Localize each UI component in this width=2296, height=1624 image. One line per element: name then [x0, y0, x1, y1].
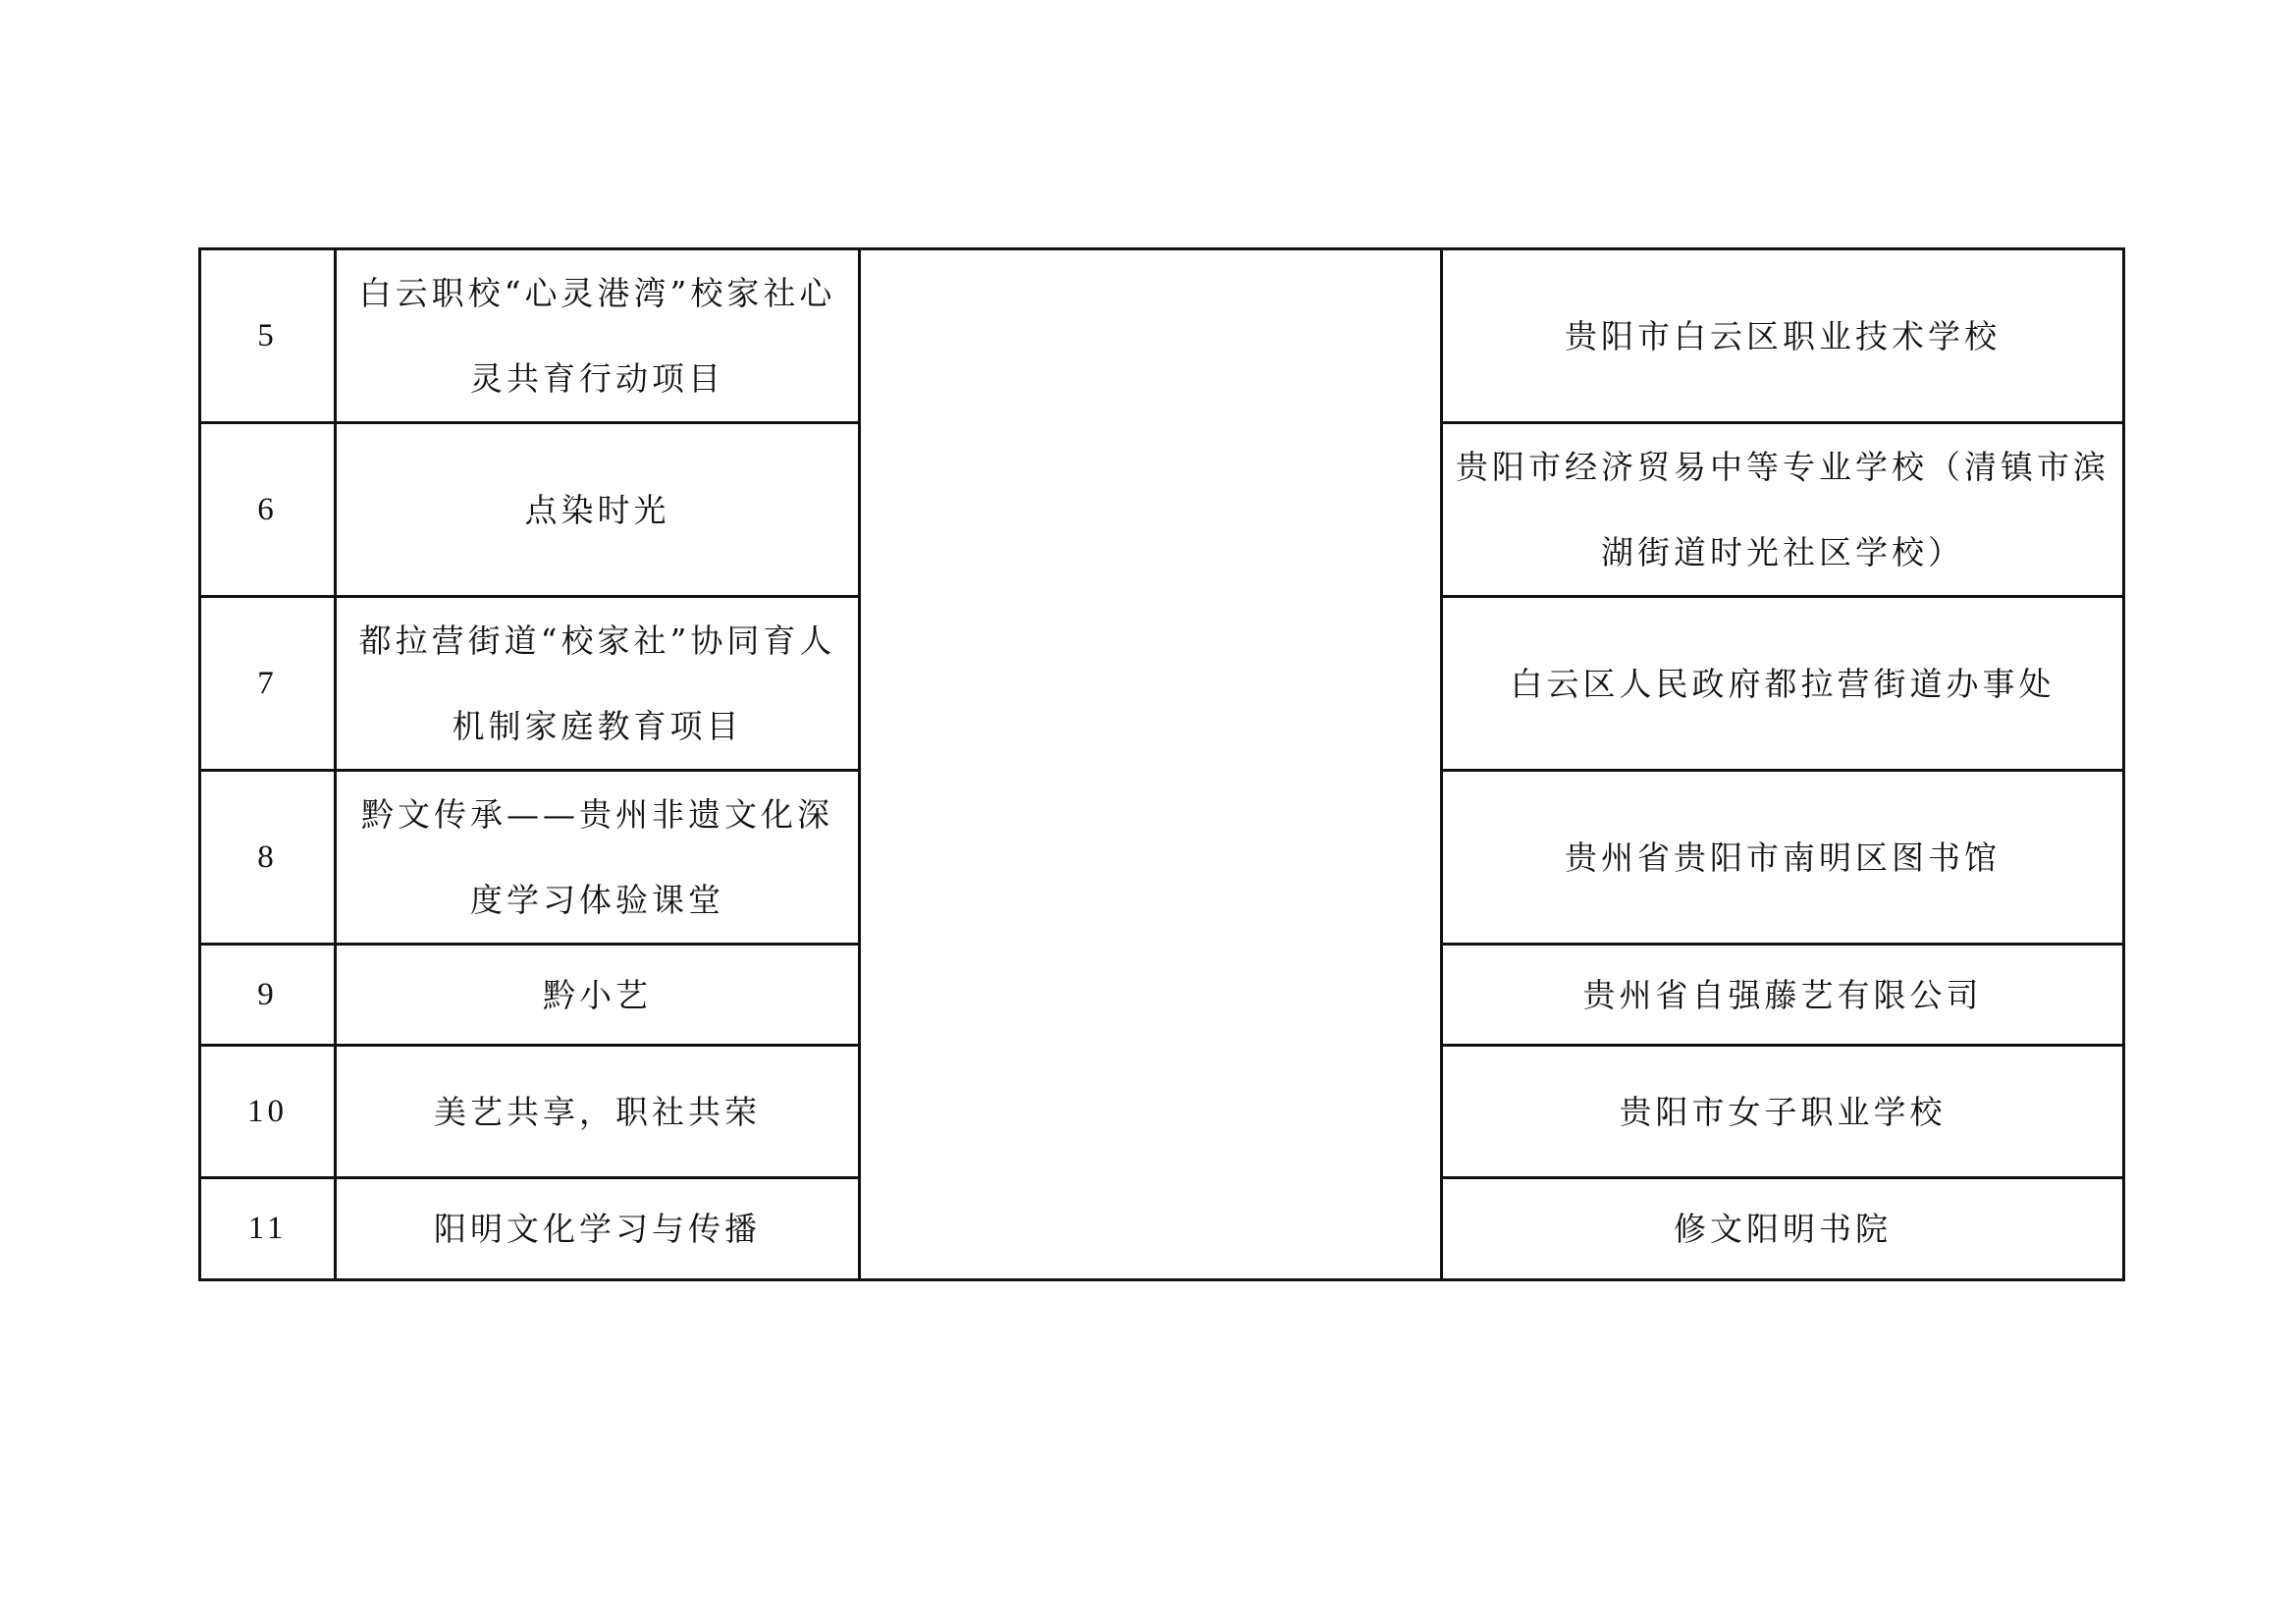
project-name: 白云职校“心灵港湾”校家社心灵共育行动项目 [336, 249, 860, 423]
organization-name: 贵阳市女子职业学校 [1442, 1046, 2124, 1178]
row-number: 11 [200, 1178, 336, 1280]
project-name: 黔文传承——贵州非遗文化深度学习体验课堂 [336, 771, 860, 945]
project-name: 都拉营街道“校家社”协同育人机制家庭教育项目 [336, 597, 860, 771]
organization-name: 贵州省贵阳市南明区图书馆 [1442, 771, 2124, 945]
row-number: 8 [200, 771, 336, 945]
row-number: 7 [200, 597, 336, 771]
document-page: 5 白云职校“心灵港湾”校家社心灵共育行动项目 贵阳市白云区职业技术学校 6 点… [0, 0, 2296, 1624]
row-number: 5 [200, 249, 336, 423]
merged-empty-cell [860, 249, 1442, 1280]
project-name: 美艺共享，职社共荣 [336, 1046, 860, 1178]
organization-name: 贵州省自强藤艺有限公司 [1442, 945, 2124, 1046]
project-name: 黔小艺 [336, 945, 860, 1046]
table-row: 5 白云职校“心灵港湾”校家社心灵共育行动项目 贵阳市白云区职业技术学校 [200, 249, 2124, 423]
project-list-table: 5 白云职校“心灵港湾”校家社心灵共育行动项目 贵阳市白云区职业技术学校 6 点… [198, 247, 2125, 1281]
project-name: 点染时光 [336, 423, 860, 597]
project-name: 阳明文化学习与传播 [336, 1178, 860, 1280]
row-number: 10 [200, 1046, 336, 1178]
organization-name: 贵阳市白云区职业技术学校 [1442, 249, 2124, 423]
row-number: 6 [200, 423, 336, 597]
organization-name: 修文阳明书院 [1442, 1178, 2124, 1280]
organization-name: 贵阳市经济贸易中等专业学校（清镇市滨湖街道时光社区学校） [1442, 423, 2124, 597]
organization-name: 白云区人民政府都拉营街道办事处 [1442, 597, 2124, 771]
row-number: 9 [200, 945, 336, 1046]
